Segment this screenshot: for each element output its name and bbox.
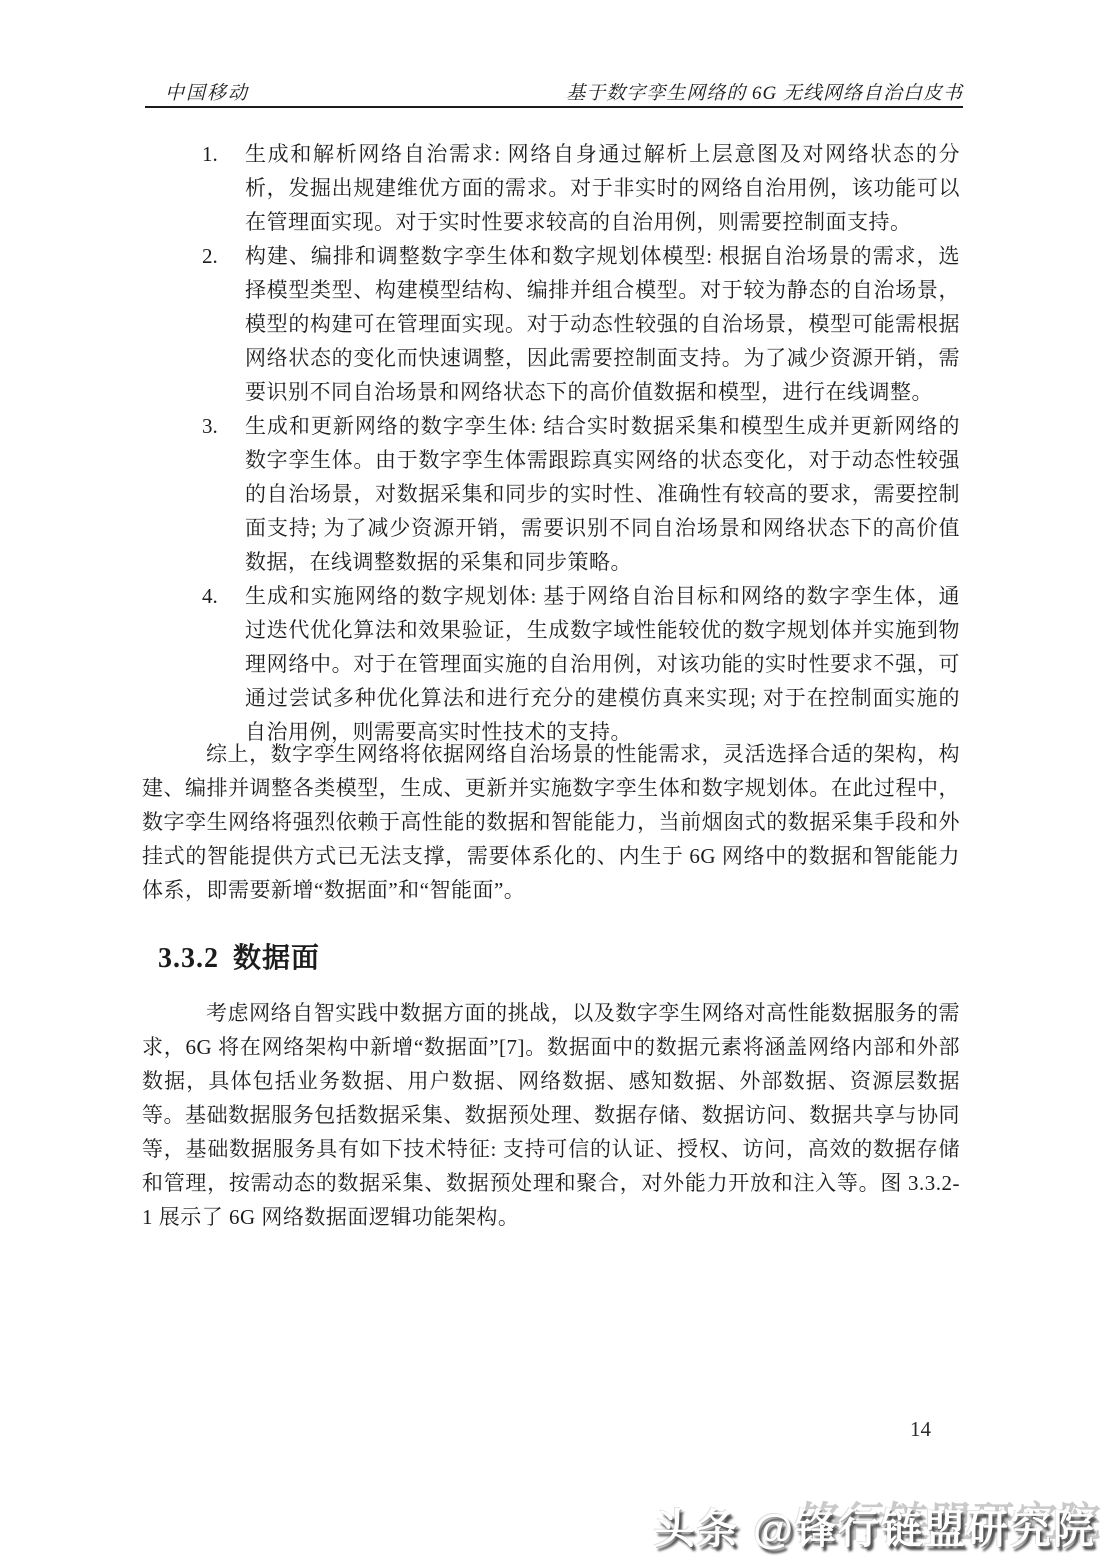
section-title: 数据面 (233, 943, 320, 974)
list-item-text: 生成和更新网络的数字孪生体: 结合实时数据采集和模型生成并更新网络的数字孪生体。… (245, 409, 960, 579)
section-number: 3.3.2 (158, 943, 219, 974)
list-item-text: 生成和解析网络自治需求: 网络自身通过解析上层意图及对网络状态的分析，发掘出规建… (245, 137, 960, 239)
watermark: 锋行链盟研究院 头条 @锋行链盟研究院 (654, 1496, 1096, 1554)
header-company: 中国移动 (165, 78, 249, 105)
list-item: 2. 构建、编排和调整数字孪生体和数字规划体模型: 根据自治场景的需求，选择模型… (202, 239, 960, 409)
numbered-list: 1. 生成和解析网络自治需求: 网络自身通过解析上层意图及对网络状态的分析，发掘… (202, 137, 960, 749)
list-item-number: 1. (202, 137, 245, 171)
paragraph-data-plane: 考虑网络自智实践中数据方面的挑战，以及数字孪生网络对高性能数据服务的需求，6G … (142, 996, 960, 1234)
list-item-text: 生成和实施网络的数字规划体: 基于网络自治目标和网络的数字孪生体，通过迭代优化算… (245, 579, 960, 749)
watermark-main-text: 头条 @锋行链盟研究院 (654, 1506, 1096, 1552)
list-item: 1. 生成和解析网络自治需求: 网络自身通过解析上层意图及对网络状态的分析，发掘… (202, 137, 960, 239)
section-heading: 3.3.2数据面 (158, 936, 320, 976)
header-doc-title: 基于数字孪生网络的 6G 无线网络自治白皮书 (566, 78, 963, 105)
document-page: 中国移动 基于数字孪生网络的 6G 无线网络自治白皮书 1. 生成和解析网络自治… (0, 0, 1102, 1559)
list-item-number: 4. (202, 579, 245, 613)
header-rule (145, 106, 963, 108)
list-item-number: 2. (202, 239, 245, 273)
page-number: 14 (910, 1417, 931, 1442)
list-item: 4. 生成和实施网络的数字规划体: 基于网络自治目标和网络的数字孪生体，通过迭代… (202, 579, 960, 749)
list-item-text: 构建、编排和调整数字孪生体和数字规划体模型: 根据自治场景的需求，选择模型类型、… (245, 239, 960, 409)
paragraph-summary: 综上，数字孪生网络将依据网络自治场景的性能需求，灵活选择合适的架构，构建、编排并… (142, 737, 960, 907)
list-item: 3. 生成和更新网络的数字孪生体: 结合实时数据采集和模型生成并更新网络的数字孪… (202, 409, 960, 579)
list-item-number: 3. (202, 409, 245, 443)
